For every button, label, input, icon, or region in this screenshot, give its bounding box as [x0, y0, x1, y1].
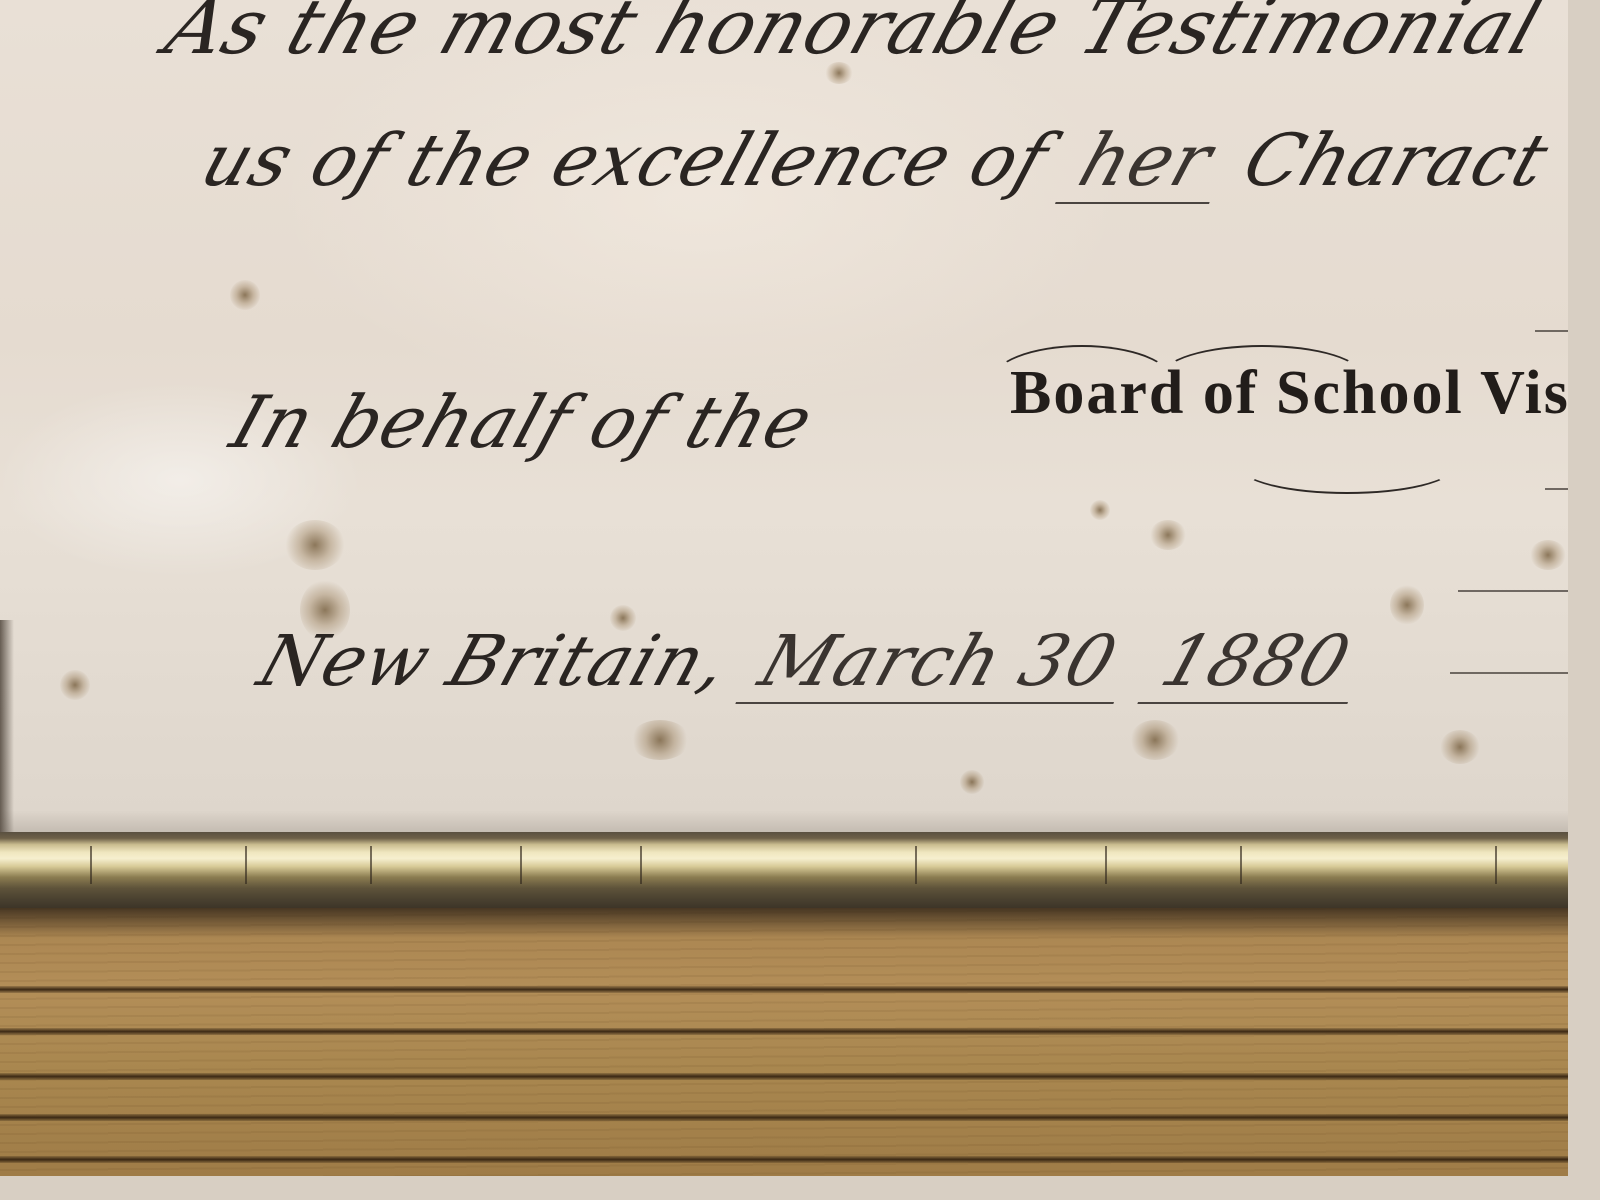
- character-text: Charact: [1234, 118, 1559, 202]
- frame-groove: [0, 1156, 1568, 1163]
- place-text: New Britain,: [249, 620, 739, 702]
- certificate-paper: As the most honorable Testimonial us of …: [0, 0, 1568, 850]
- foxing-spot: [960, 770, 984, 794]
- gilt-nick: [640, 846, 642, 884]
- signature-rule: [1450, 672, 1568, 674]
- pronoun-fill-in: her: [1055, 118, 1237, 204]
- gilt-nick: [1240, 846, 1242, 884]
- gilt-nick: [520, 846, 522, 884]
- gilt-nick: [245, 846, 247, 884]
- frame-groove: [0, 1114, 1568, 1121]
- gilt-nick: [1105, 846, 1107, 884]
- certificate-line-place-date: New Britain, March 30 1880: [248, 620, 1374, 704]
- gilt-nick: [90, 846, 92, 884]
- foxing-spot: [1090, 500, 1110, 520]
- certificate-line-testimonial: As the most honorable Testimonial: [156, 0, 1554, 71]
- foxing-spot: [1130, 720, 1180, 760]
- foxing-spot: [1390, 585, 1424, 625]
- flourish-ornament: [1240, 440, 1454, 494]
- frame-groove: [0, 1028, 1568, 1035]
- date-fill-in: March 30: [735, 620, 1141, 704]
- gilt-molding: [0, 832, 1568, 910]
- oak-top-shadow: [0, 908, 1568, 938]
- oak-frame: [0, 908, 1568, 1176]
- foxing-spot: [1150, 520, 1186, 550]
- certificate-line-behalf: In behalf of the: [221, 380, 823, 464]
- certificate-line-excellence: us of the excellence of her Charact: [191, 118, 1559, 204]
- foxing-spot: [285, 520, 345, 570]
- foxing-spot: [60, 670, 90, 700]
- signature-rule: [1545, 488, 1568, 490]
- signature-rule: [1535, 330, 1568, 332]
- gilt-nick: [915, 846, 917, 884]
- excellence-text: us of the excellence of: [192, 118, 1059, 202]
- board-heading: Board of School Visi: [1010, 358, 1568, 429]
- gilt-nick: [1495, 846, 1497, 884]
- foxing-spot: [1440, 730, 1480, 764]
- foxing-spot: [1530, 540, 1566, 570]
- frame-groove: [0, 1073, 1568, 1080]
- foxing-spot: [630, 720, 690, 760]
- signature-rule: [1458, 590, 1568, 592]
- foxing-spot: [230, 280, 260, 310]
- year-fill-in: 1880: [1137, 620, 1374, 704]
- gilt-nick: [370, 846, 372, 884]
- frame-groove: [0, 986, 1568, 993]
- framed-certificate-photo: As the most honorable Testimonial us of …: [0, 0, 1568, 1176]
